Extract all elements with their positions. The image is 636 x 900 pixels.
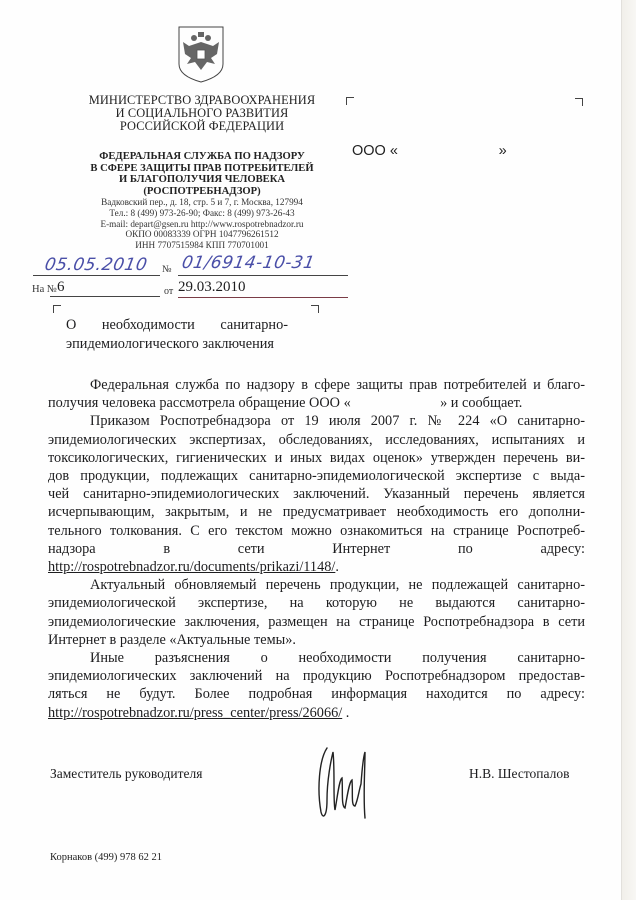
- text-line: эпидемиологические заключения, размещен …: [48, 613, 585, 631]
- in-reply-number: 6: [57, 279, 65, 296]
- divider: [33, 275, 160, 276]
- text-line: надзора в сети Интернет по адресу:: [48, 540, 585, 558]
- signatory-title: Заместитель руководителя: [50, 766, 202, 782]
- executor-contact: Корнаков (499) 978 62 21: [50, 852, 162, 863]
- ministry-name: МИНИСТЕРСТВО ЗДРАВООХРАНЕНИЯ И СОЦИАЛЬНО…: [60, 94, 344, 133]
- subject-line: О необходимости санитарно-: [66, 316, 288, 335]
- text-line: Приказом Роспотребнадзора от 19 июля 200…: [48, 412, 585, 430]
- press-link[interactable]: http://rospotrebnadzor.ru/press_center/p…: [48, 705, 342, 721]
- text-line: http://rospotrebnadzor.ru/press_center/p…: [48, 704, 585, 722]
- service-line: ФЕДЕРАЛЬНАЯ СЛУЖБА ПО НАДЗОРУ: [60, 151, 344, 163]
- okpo-line: ОКПО 00083339 ОГРН 1047796261512: [60, 229, 344, 240]
- text-line: Федеральная служба по надзору в сфере за…: [48, 376, 585, 394]
- subject-line: эпидемиологического заключения: [66, 335, 288, 354]
- phone-line: Тел.: 8 (499) 973-26-90; Факс: 8 (499) 9…: [60, 208, 344, 219]
- in-reply-label: На №: [32, 284, 57, 295]
- number-label: №: [162, 264, 172, 275]
- subject-corner-mark: [311, 305, 319, 313]
- text-line: Иные разъяснения о необходимости получен…: [48, 649, 585, 667]
- letter-page: МИНИСТЕРСТВО ЗДРАВООХРАНЕНИЯ И СОЦИАЛЬНО…: [0, 0, 622, 900]
- email-line: E-mail: depart@gsen.ru http://www.rospot…: [60, 219, 344, 230]
- paragraph-1: Федеральная служба по надзору в сфере за…: [48, 376, 585, 412]
- text-line: Актуальный обновляемый перечень продукци…: [48, 576, 585, 594]
- divider: [178, 275, 348, 276]
- registration-number: 01/6914-10-31: [180, 253, 316, 273]
- service-line: В СФЕРЕ ЗАЩИТЫ ПРАВ ПОТРЕБИТЕЛЕЙ: [60, 163, 344, 175]
- letter-subject: О необходимости санитарно- эпидемиологич…: [66, 316, 288, 354]
- scan-edge: [622, 0, 636, 900]
- text-line: чей санитарно-эпидемиологических заключе…: [48, 485, 585, 503]
- service-name: ФЕДЕРАЛЬНАЯ СЛУЖБА ПО НАДЗОРУ В СФЕРЕ ЗА…: [60, 151, 344, 197]
- ministry-line: РОССИЙСКОЙ ФЕДЕРАЦИИ: [60, 120, 344, 133]
- contact-details: Вадковский пер., д. 18, стр. 5 и 7, г. М…: [60, 197, 344, 251]
- from-label: от: [164, 286, 173, 297]
- text-line: токсикологических, гигиенических и иных …: [48, 449, 585, 467]
- address-line: Вадковский пер., д. 18, стр. 5 и 7, г. М…: [60, 197, 344, 208]
- coat-of-arms-icon: [175, 24, 227, 84]
- divider: [178, 297, 348, 298]
- text-line: тельного толкования. С его текстом можно…: [48, 522, 585, 540]
- text-line: эпидемиологических заключений на продукц…: [48, 667, 585, 685]
- paragraph-3: Актуальный обновляемый перечень продукци…: [48, 576, 585, 649]
- text-line: эпидемиологических экспертизах, обследов…: [48, 431, 585, 449]
- text-line: http://rospotrebnadzor.ru/documents/prik…: [48, 558, 585, 576]
- subject-word: санитарно-: [220, 316, 288, 335]
- text-line: эпидемиологической экспертизе, на котору…: [48, 594, 585, 612]
- text-line: получия человека рассмотрела обращение О…: [48, 394, 585, 412]
- inn-line: ИНН 7707515984 КПП 770701001: [60, 240, 344, 251]
- addressee-corner-mark: [575, 98, 583, 106]
- punctuation: .: [335, 559, 339, 575]
- handwritten-signature: [315, 740, 375, 825]
- service-line: (РОСПОТРЕБНАДЗОР): [60, 186, 344, 198]
- prikazi-link[interactable]: http://rospotrebnadzor.ru/documents/prik…: [48, 559, 335, 575]
- text-line: исчерпывающим, закрытым, и не предусматр…: [48, 503, 585, 521]
- text-line: Интернет в разделе «Актуальные темы».: [48, 631, 585, 649]
- subject-word: необходимости: [102, 316, 195, 335]
- service-line: И БЛАГОПОЛУЧИЯ ЧЕЛОВЕКА: [60, 174, 344, 186]
- text-line: дов продукции, подлежащих санитарно-эпид…: [48, 467, 585, 485]
- signatory-name: Н.В. Шестопалов: [469, 766, 570, 782]
- divider: [50, 296, 160, 297]
- subject-word: О: [66, 316, 76, 335]
- addressee: ООО « »: [352, 143, 507, 159]
- text-line: ляться не будут. Более подробная информа…: [48, 685, 585, 703]
- registration-date: 05.05.2010: [31, 255, 161, 275]
- paragraph-4: Иные разъяснения о необходимости получен…: [48, 649, 585, 722]
- addressee-corner-mark: [346, 97, 354, 105]
- letter-body: Федеральная служба по надзору в сфере за…: [48, 376, 585, 722]
- subject-corner-mark: [53, 305, 61, 313]
- punctuation: .: [342, 705, 349, 721]
- paragraph-2: Приказом Роспотребнадзора от 19 июля 200…: [48, 412, 585, 576]
- from-date: 29.03.2010: [178, 279, 246, 296]
